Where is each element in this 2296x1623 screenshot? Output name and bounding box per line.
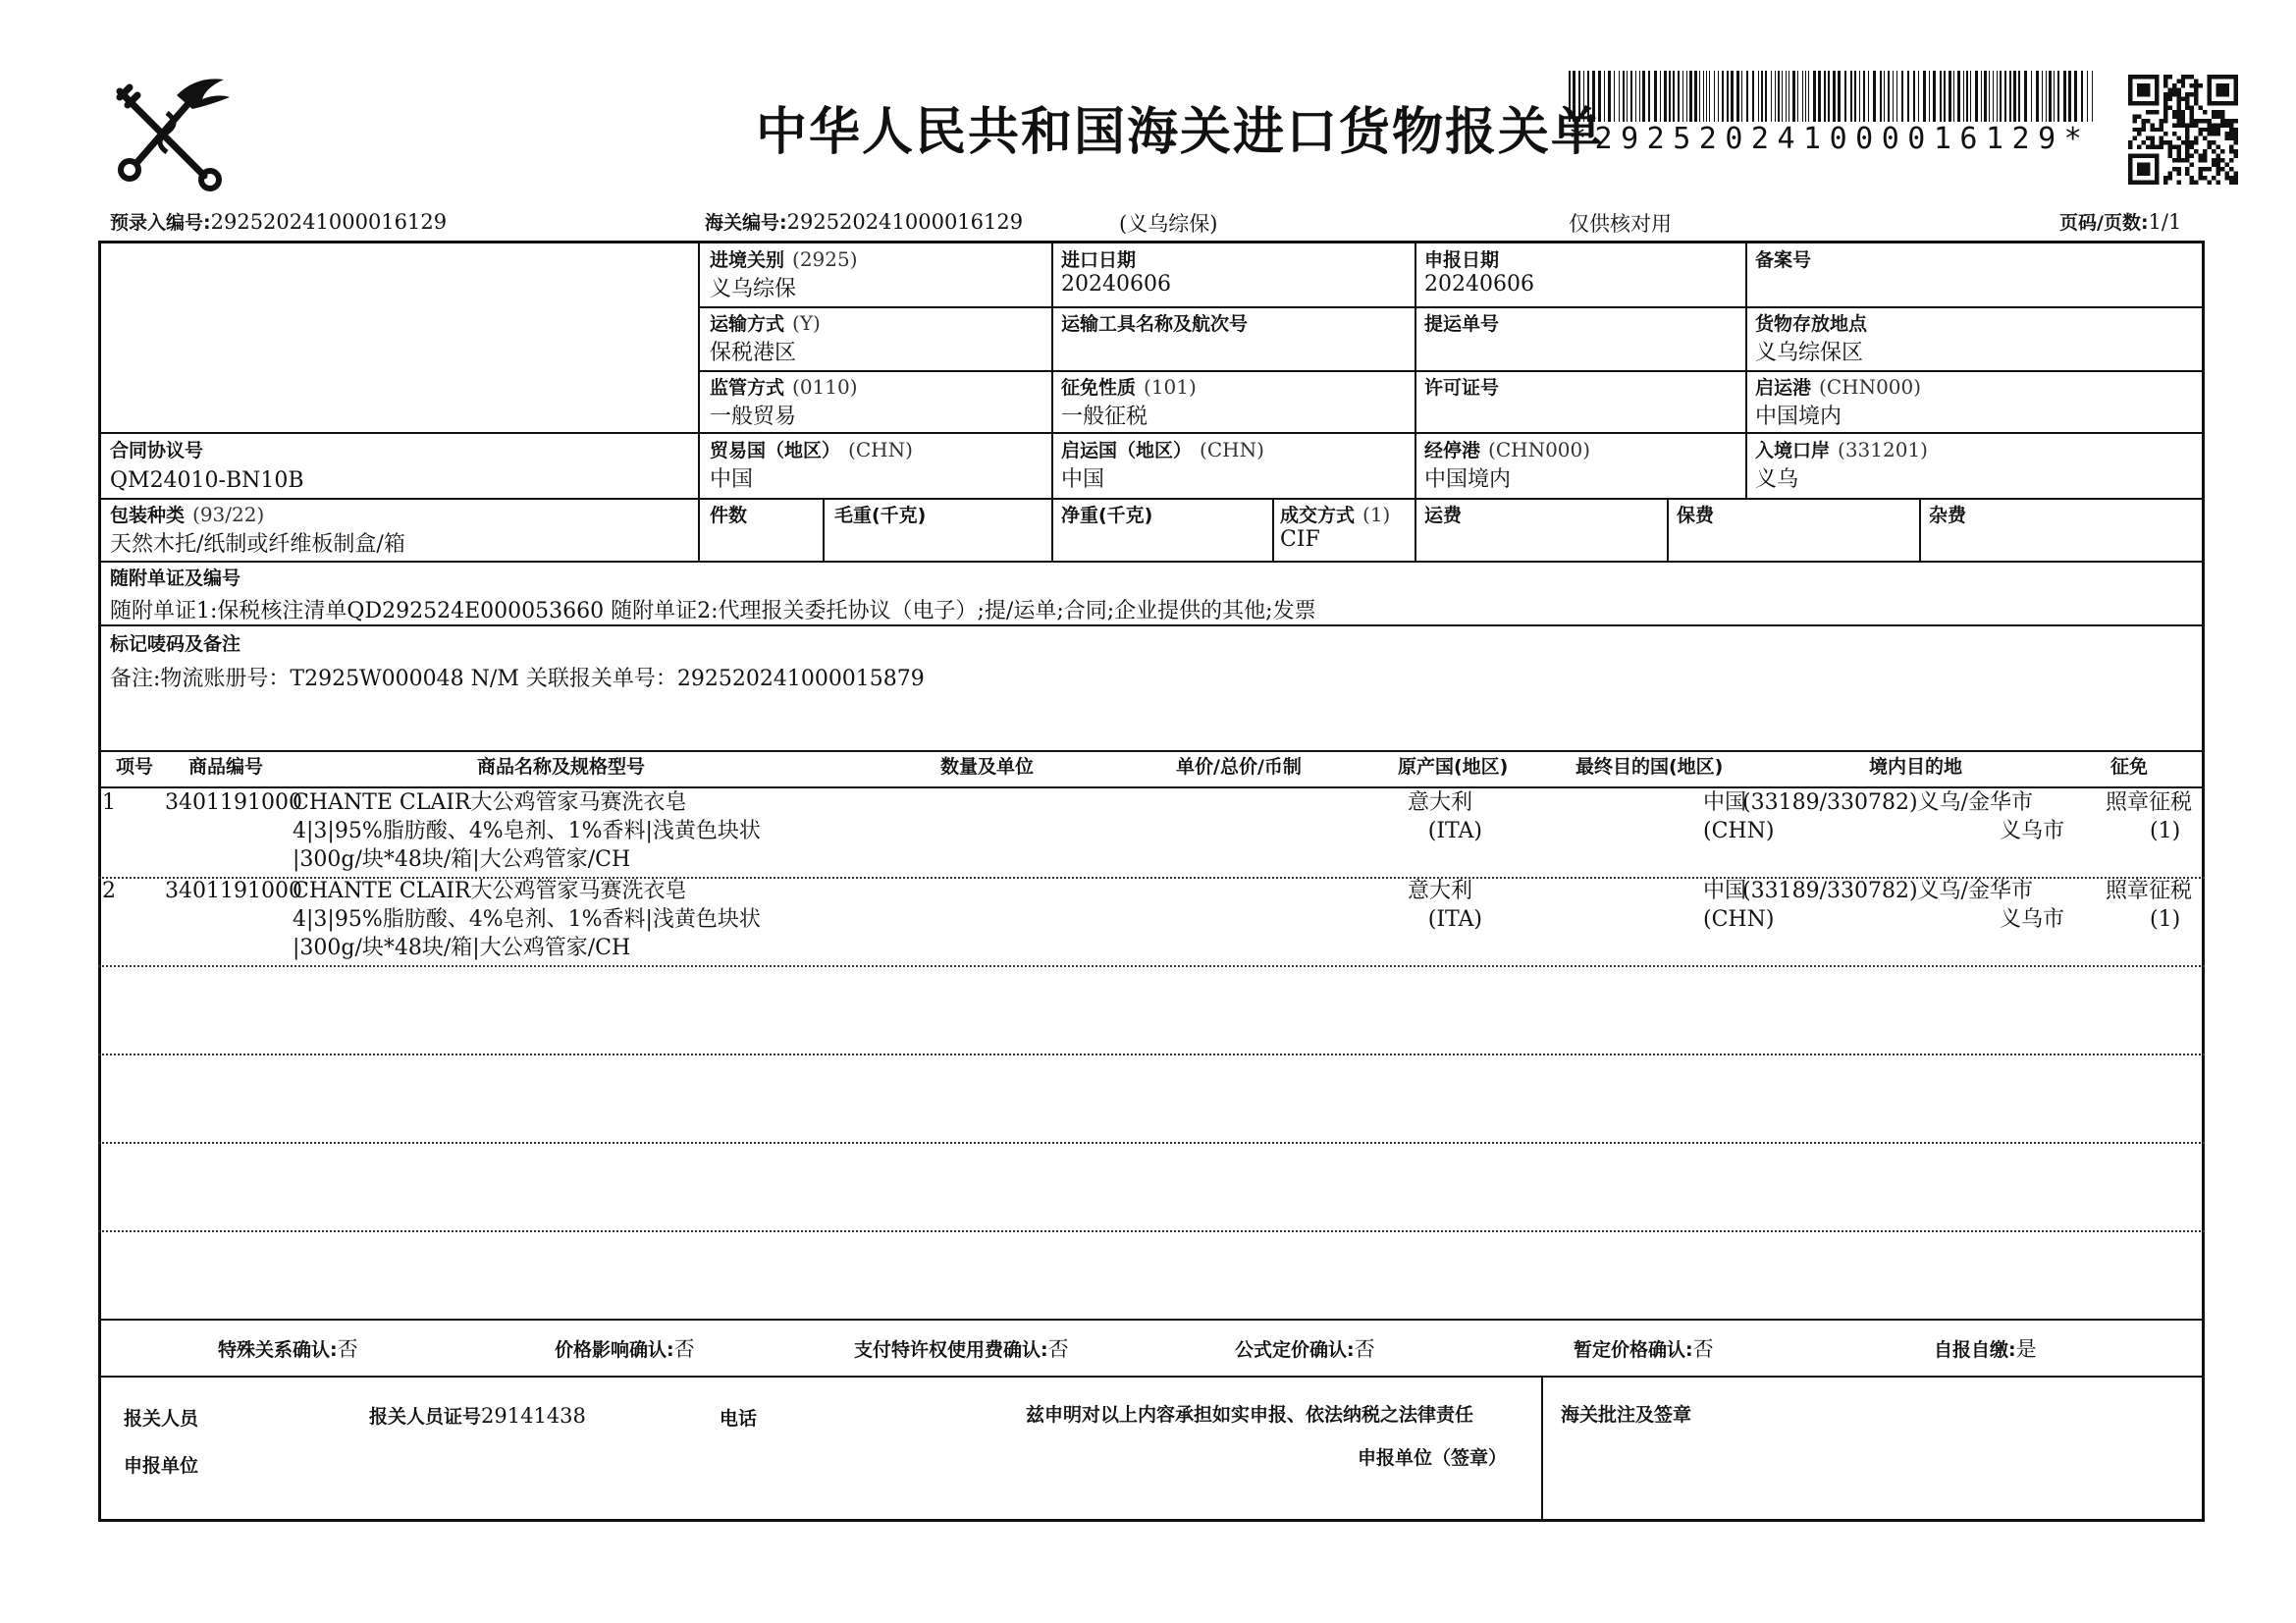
confirm-provisional-price: 暂定价格确认:否: [1574, 1333, 1714, 1363]
origin-code: (ITA): [1428, 905, 1482, 934]
field-departure-port: 启运港(CHN000) 中国境内: [1755, 373, 1921, 430]
goods-name: CHANTE CLAIR大公鸡管家马赛洗衣皂: [293, 788, 686, 817]
origin-code: (ITA): [1428, 817, 1482, 845]
goods-spec: 4|3|95%脂肪酸、4%皂剂、1%香料|浅黄色块状: [293, 905, 761, 934]
col-hs-code: 商品编号: [188, 752, 263, 779]
phone-label: 电话: [720, 1404, 757, 1431]
field-gross-weight: 毛重(千克): [834, 501, 926, 527]
confirm-formula-pricing: 公式定价确认:否: [1235, 1333, 1375, 1363]
field-freight: 运费: [1424, 501, 1462, 527]
field-transport-mode: 运输方式(Y) 保税港区: [710, 309, 821, 366]
barcode-text: *292520241000016129*: [1569, 122, 2090, 156]
item-no: 1: [102, 788, 116, 817]
tax-mode-code: (1): [2150, 817, 2180, 845]
customs-approval-label: 海关批注及签章: [1561, 1400, 1691, 1427]
col-item-no: 项号: [116, 752, 153, 779]
hs-code: 3401191000: [165, 877, 302, 905]
customs-emblem-icon: [108, 74, 236, 191]
page-indicator: 页码/页数:1/1: [2059, 208, 2181, 235]
field-transit-port: 经停港(CHN000) 中国境内: [1424, 436, 1590, 493]
field-remarks: 标记唛码及备注 备注:物流账册号：T2925W000048 N/M 关联报关单号…: [110, 629, 925, 686]
qr-code-icon: [2128, 75, 2238, 185]
origin-country: 意大利: [1408, 877, 1472, 905]
col-goods-name: 商品名称及规格型号: [477, 752, 645, 779]
goods-spec: 4|3|95%脂肪酸、4%皂剂、1%香料|浅黄色块状: [293, 817, 761, 845]
final-dest-code: (CHN): [1703, 905, 1774, 934]
field-contract-no: 合同协议号 QM24010-BN10B: [110, 436, 304, 487]
field-vessel: 运输工具名称及航次号: [1061, 309, 1248, 336]
declarant-label: 报关人员: [124, 1404, 198, 1431]
field-package-type: 包装种类(93/22) 天然木托/纸制或纤维板制盒/箱: [110, 501, 405, 558]
verification-only-note: 仅供核对用: [1569, 208, 1672, 238]
field-pieces: 件数: [710, 501, 747, 527]
field-declare-date: 申报日期 20240606: [1424, 245, 1534, 297]
domestic-dest-city: 义乌市: [2000, 905, 2064, 934]
goods-spec-cont: |300g/块*48块/箱|大公鸡管家/CH: [293, 845, 630, 874]
field-license-no: 许可证号: [1424, 373, 1499, 400]
field-bill-no: 提运单号: [1424, 309, 1499, 336]
document-title: 中华人民共和国海关进口货物报关单: [756, 90, 1604, 164]
confirm-royalty: 支付特许权使用费确认:否: [854, 1333, 1069, 1363]
field-entry-port: 入境口岸(331201) 义乌: [1755, 436, 1928, 493]
hs-code: 3401191000: [165, 788, 302, 817]
field-deal-mode: 成交方式(1) CIF: [1280, 501, 1390, 552]
final-dest-country: 中国: [1703, 788, 1746, 817]
field-trade-country: 贸易国（地区）(CHN) 中国: [710, 436, 913, 493]
declaring-unit-seal: 申报单位（签章）: [1358, 1443, 1507, 1470]
origin-country: 意大利: [1408, 788, 1472, 817]
confirm-special-relationship: 特殊关系确认:否: [218, 1333, 358, 1363]
customs-number: 海关编号:292520241000016129: [705, 208, 1023, 235]
field-misc-fee: 杂费: [1929, 501, 1966, 527]
domestic-dest: (33189/330782)义乌/金华市: [1742, 788, 2033, 817]
col-final-dest: 最终目的国(地区): [1575, 752, 1723, 779]
declaration-statement: 兹申明对以上内容承担如实申报、依法纳税之法律责任: [1026, 1400, 1473, 1427]
field-entry-customs: 进境关别(2925) 义乌综保: [710, 245, 858, 302]
item-no: 2: [102, 877, 116, 905]
col-tax: 征免: [2110, 752, 2148, 779]
field-import-date: 进口日期 20240606: [1061, 245, 1171, 297]
field-record-no: 备案号: [1755, 245, 1811, 272]
col-quantity: 数量及单位: [940, 752, 1034, 779]
field-supervision: 监管方式(0110) 一般贸易: [710, 373, 858, 430]
customs-office: (义乌综保): [1119, 208, 1217, 238]
tax-mode: 照章征税: [2106, 788, 2192, 817]
field-tax-nature: 征免性质(101) 一般征税: [1061, 373, 1197, 430]
goods-name: CHANTE CLAIR大公鸡管家马赛洗衣皂: [293, 877, 686, 905]
confirm-price-influence: 价格影响确认:否: [555, 1333, 695, 1363]
domestic-dest: (33189/330782)义乌/金华市: [1742, 877, 2033, 905]
confirm-self-declare: 自报自缴:是: [1934, 1333, 2037, 1363]
pre-entry-number: 预录入编号:292520241000016129: [110, 208, 447, 235]
final-dest-country: 中国: [1703, 877, 1746, 905]
field-origin-country: 启运国（地区）(CHN) 中国: [1061, 436, 1264, 493]
declarant-cert: 报关人员证号29141438: [369, 1402, 586, 1429]
field-net-weight: 净重(千克): [1061, 501, 1152, 527]
col-origin: 原产国(地区): [1398, 752, 1508, 779]
tax-mode-code: (1): [2150, 905, 2180, 934]
tax-mode: 照章征税: [2106, 877, 2192, 905]
field-insurance: 保费: [1677, 501, 1714, 527]
barcode-icon: [1569, 71, 2094, 122]
col-domestic-dest: 境内目的地: [1869, 752, 1962, 779]
goods-spec-cont: |300g/块*48块/箱|大公鸡管家/CH: [293, 934, 630, 962]
field-attached-docs: 随附单证及编号 随附单证1:保税核注清单QD292524E000053660 随…: [110, 564, 1316, 621]
domestic-dest-city: 义乌市: [2000, 817, 2064, 845]
final-dest-code: (CHN): [1703, 817, 1774, 845]
field-storage-place: 货物存放地点 义乌综保区: [1755, 309, 1867, 366]
col-price: 单价/总价/币制: [1176, 752, 1302, 779]
declaring-unit-label: 申报单位: [124, 1451, 198, 1478]
